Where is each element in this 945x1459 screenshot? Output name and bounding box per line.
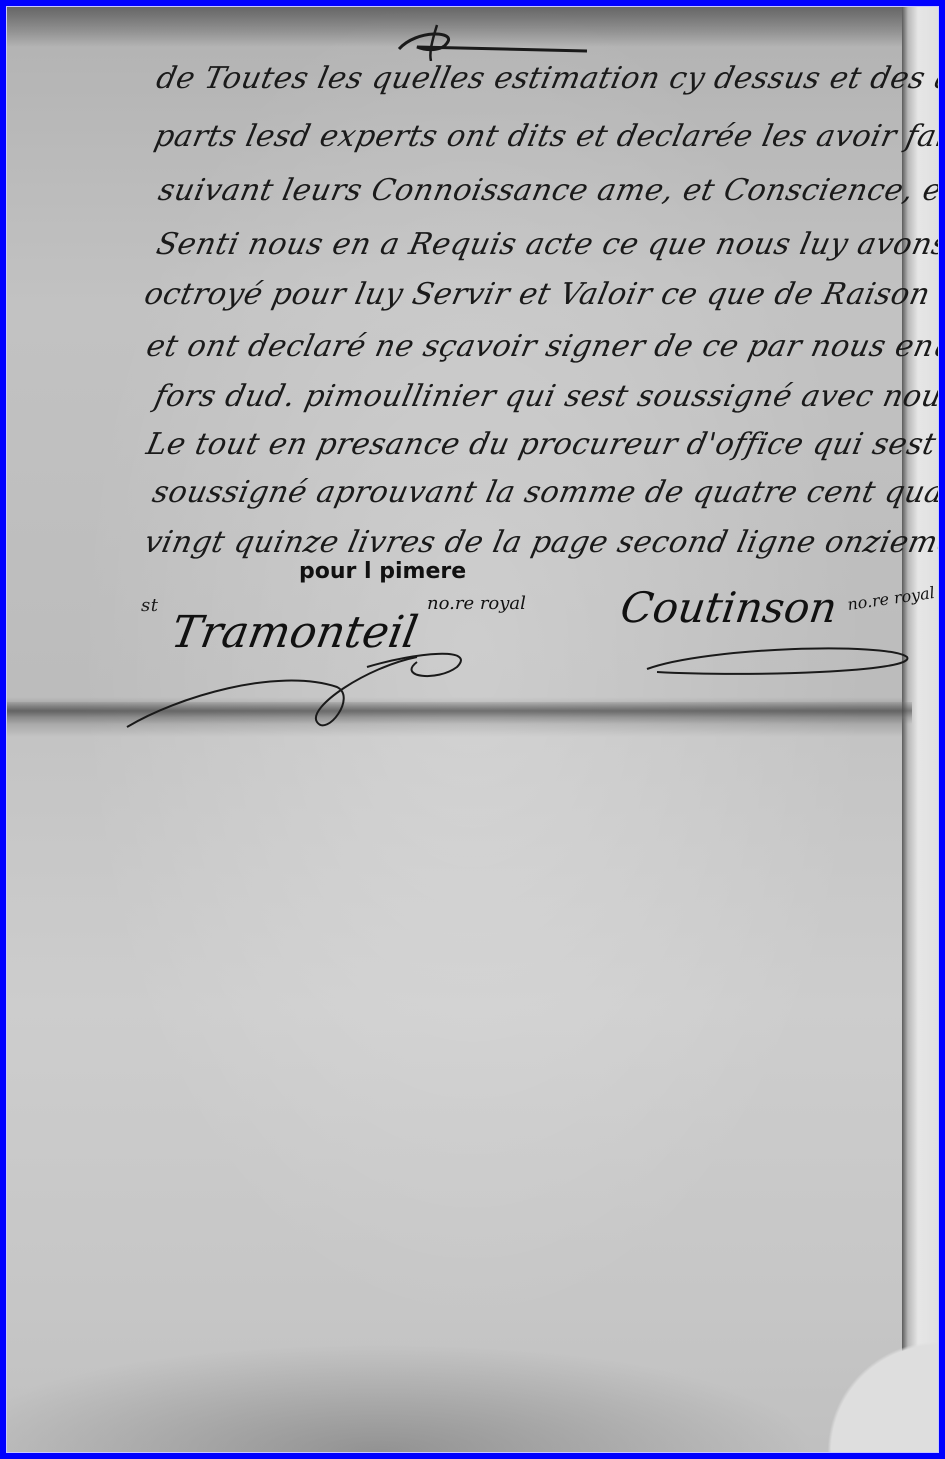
text-line-4: Senti nous en a Requis acte ce que nous … — [153, 227, 939, 262]
signature-flourish-icon — [627, 627, 927, 687]
text-line-6: et ont declaré ne sçavoir signer de ce p… — [143, 329, 939, 364]
paper-right-edge — [902, 7, 938, 1452]
interlinear-note: pour l pimere — [299, 559, 466, 584]
text-line-7: fors dud. pimoullinier qui sest soussign… — [151, 379, 939, 414]
text-line-10: vingt quinze livres de la page second li… — [141, 525, 939, 560]
text-line-5: octroyé pour luy Servir et Valoir ce que… — [141, 277, 933, 312]
text-line-2: parts lesd experts ont dits et declarée … — [151, 119, 939, 154]
header-flourish-icon — [387, 21, 607, 61]
signature-tramonteil-title: no.re royal — [427, 593, 526, 614]
text-line-8: Le tout en presance du procureur d'offic… — [143, 427, 939, 462]
text-line-1: de Toutes les quelles estimation cy dess… — [153, 61, 939, 96]
text-line-3: suivant leurs Connoissance ame, et Consc… — [155, 173, 939, 208]
text-line-9: soussigné aprouvant la somme de quatre c… — [149, 475, 939, 510]
torn-corner — [798, 1342, 938, 1452]
document-scan: de Toutes les quelles estimation cy dess… — [6, 6, 939, 1453]
signature-flourish-icon — [117, 627, 577, 737]
margin-mark: st — [141, 595, 158, 616]
signature-coutinson: Coutinson — [618, 583, 841, 632]
